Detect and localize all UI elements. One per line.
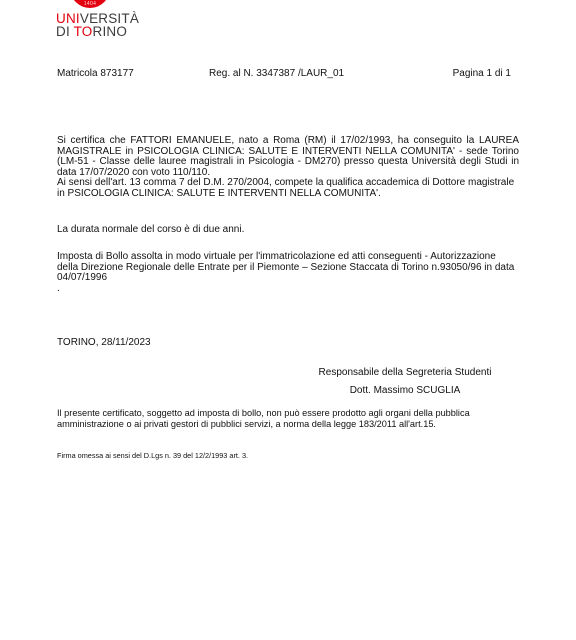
signature-omission-note: Firma omessa ai sensi del D.Lgs n. 39 de… [57, 451, 248, 461]
logo-wordmark-line2: DI TORINO [56, 25, 127, 39]
university-logo: 1404 UNIVERSITÀ DI TORINO [56, 0, 136, 42]
qualification-paragraph: Ai sensi dell'art. 13 comma 7 del D.M. 2… [57, 178, 519, 199]
signature-block: Responsabile della Segreteria Studenti D… [300, 364, 510, 400]
stamp-duty-trailer: . [57, 284, 519, 295]
legal-notice-text: Il presente certificato, soggetto ad imp… [57, 408, 519, 430]
place-and-date: TORINO, 28/11/2023 [57, 337, 151, 349]
document-meta-row: Matricola 873177 Reg. al N. 3347387 /LAU… [57, 67, 511, 81]
certification-main-paragraph: Si certifica che FATTORI EMANUELE, nato … [57, 136, 519, 178]
matricola-number: Matricola 873177 [57, 67, 134, 81]
signatory-name: Dott. Massimo SCUGLIA [300, 382, 510, 400]
legal-notice: Il presente certificato, soggetto ad imp… [57, 408, 519, 430]
stamp-duty-statement: Imposta di Bollo assolta in modo virtual… [57, 252, 519, 294]
page-indicator: Pagina 1 di 1 [453, 67, 511, 81]
course-duration: La durata normale del corso è di due ann… [57, 224, 519, 236]
signatory-role: Responsabile della Segreteria Studenti [300, 364, 510, 382]
registration-number: Reg. al N. 3347387 /LAUR_01 [209, 67, 344, 81]
university-seal-icon: 1404 [70, 0, 110, 8]
stamp-duty-text: Imposta di Bollo assolta in modo virtual… [57, 252, 519, 284]
certification-text: Si certifica che FATTORI EMANUELE, nato … [57, 136, 519, 200]
seal-year: 1404 [70, 1, 110, 7]
